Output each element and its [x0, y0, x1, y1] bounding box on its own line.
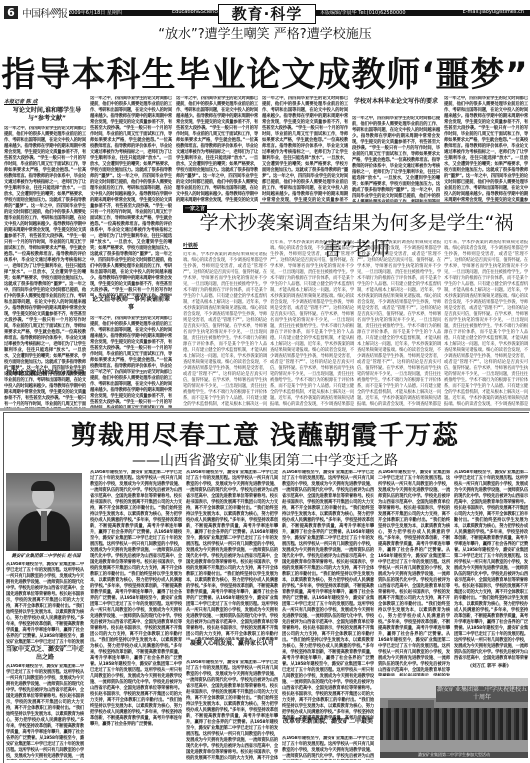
top-story-headline: 指导本科生毕业论文成教师‘噩梦”	[0, 55, 530, 95]
bottom-story-credit: (刘万江 郭平 李新)	[470, 663, 509, 669]
second-story-column-2: 近年来，学术抄袭案的调查结果频频见诸报端。细心的读者会发现，不少调查结果都是学生…	[270, 240, 354, 406]
top-story-subhead-2: 论文指导教师一事何谈铺前辈事	[90, 296, 172, 312]
school-event-photo: 潞安矿业集团第二中学庆祝建校五十周年 潞安矿业集团第二中学学生参加大型活动	[380, 678, 528, 758]
top-story-column-2b: 这一年之中，四四间毕业学生的论文时间都已提前，他们中的很多人需要处理毕业前后的工…	[90, 316, 172, 370]
bottom-divider	[0, 408, 530, 411]
section-title: 教育·科学	[218, 4, 316, 24]
issue-date: 2009年6月18日 星期四	[68, 9, 122, 16]
bottom-story-subhead-2: 凝聚人心唱发展、赢得家长认可	[186, 640, 278, 648]
bottom-story-column-4a: 从1958年建校至今，潞安矿业集团第二中学已走过了五十年的发展历程。这所学校从一…	[282, 470, 374, 720]
bottom-story-column-5: 从1958年建校至今，潞安矿业集团第二中学已走过了五十年的发展历程。这所学校从一…	[378, 470, 450, 676]
top-story-column-2c: 这一年之中，四四间毕业学生的论文时间都已提前，他们中的很多人需要处理毕业前后的工…	[90, 370, 172, 410]
contact-email: E-mail:jiaoyu@stimes.cn	[463, 9, 524, 15]
photo-banner: 潞安矿业集团第二中学庆祝建校五十周年	[436, 686, 528, 702]
portrait-caption: 潞安矿业集团第二中学校长 赵书国	[6, 553, 86, 559]
top-story-column-2: 这一年之中，四四间毕业学生的论文时间都已提前，他们中的很多人需要处理毕业前后的工…	[90, 96, 172, 296]
top-story-column-3: 这一年之中，四四间毕业学生的论文时间都已提前，他们中的很多人需要处理毕业前后的工…	[176, 96, 258, 202]
top-story-column-6: 这一年之中，四四间毕业学生的论文时间都已提前，他们中的很多人需要处理毕业前后的工…	[444, 96, 528, 202]
section-divider	[260, 202, 530, 204]
top-story-column-4: 这一年之中，四四间毕业学生的论文时间都已提前，他们中的很多人需要处理毕业前后的工…	[262, 96, 348, 202]
second-story-column-1: 近年来，学术抄袭案的调查结果频频见诸报端。细心的读者会发现，不少调查结果都是学生…	[183, 252, 267, 406]
page-number: 6	[4, 6, 18, 19]
top-story-subhead-4: 学校对本科毕业论文写作的要求	[352, 98, 440, 106]
bottom-story-headline: 剪裁用尽春工意 浅蘸朝霞千万蕊	[0, 420, 530, 452]
top-story-kicker: “放水”?遭学生嘲笑 严格?遭学校施压	[0, 23, 530, 42]
bottom-story-column-1b: 从1958年建校至今，潞安矿业集团第二中学已走过了五十年的发展历程。这所学校从一…	[6, 664, 84, 760]
top-story-subhead-3: 指导论文就是将学生分而不同	[4, 370, 86, 378]
masthead-hatch: /////	[50, 7, 58, 16]
top-story-subhead-1: 写论文时间,谁和哪学生导与“参考文献”	[10, 107, 84, 123]
bottom-story-column-4b: 从1958年建校至今，潞安矿业集团第二中学已走过了五十年的发展历程。这所学校从一…	[282, 736, 374, 760]
bottom-story-column-1a: 从1958年建校至今，潞安矿业集团第二中学已走过了五十年的发展历程。这所学校从一…	[6, 562, 84, 646]
bottom-story-subhead-3: 改革带来新面貌、潞安矿二中最美	[282, 718, 374, 726]
paper-name: 中国科学报	[20, 5, 69, 20]
bottom-story-column-2: 从1958年建校至今，潞安矿业集团第二中学已走过了五十年的发展历程。这所学校从一…	[90, 470, 182, 760]
top-story-byline: 本报记者 陈 成	[4, 98, 37, 105]
bottom-story-subhead-1: 当家中支点乏、潞安矿二中走出之路	[6, 646, 84, 662]
second-story-column-4: 近年来，学术抄袭案的调查结果频频见诸报端。细心的读者会发现，不少调查结果都是学生…	[444, 240, 528, 406]
second-story-author: 叶铁桥	[183, 242, 198, 249]
editor-info: 本版编辑/李晨华 Tel:(010)62580000	[320, 9, 406, 16]
bottom-story-column-6: 从1958年建校至今，潞安矿业集团第二中学已走过了五十年的发展历程。这所学校从一…	[454, 470, 528, 660]
bottom-story-column-3a: 从1958年建校至今，潞安矿业集团第二中学已走过了五十年的发展历程。这所学校从一…	[186, 470, 278, 640]
english-section-label: Education&Science	[172, 9, 220, 15]
top-story-column-5: 这一年之中，四四间毕业学生的论文时间都已提前，他们中的很多人需要处理毕业前后的工…	[352, 116, 440, 202]
principal-portrait-photo	[6, 473, 82, 551]
bottom-story-subtitle: ——山西省潞安矿业集团第二中学变迁之路	[0, 452, 530, 470]
newspaper-page: 6 中国科学报 ///// 2009年6月18日 星期四 Education&S…	[0, 0, 530, 763]
top-story-column-1: 这一年之中，四四间毕业学生的论文时间都已提前，他们中的很多人需要处理毕业前后的工…	[4, 126, 86, 410]
event-photo-caption: 潞安矿业集团第二中学学生参加大型活动	[380, 752, 528, 758]
bottom-story-column-3b: 从1958年建校至今，潞安矿业集团第二中学已走过了五十年的发展历程。这所学校从一…	[186, 660, 278, 760]
masthead: 6 中国科学报 ///// 2009年6月18日 星期四 Education&S…	[0, 4, 530, 20]
second-story-column-3: 近年来，学术抄袭案的调查结果频频见诸报端。细心的读者会发现，不少调查结果都是学生…	[357, 240, 441, 406]
